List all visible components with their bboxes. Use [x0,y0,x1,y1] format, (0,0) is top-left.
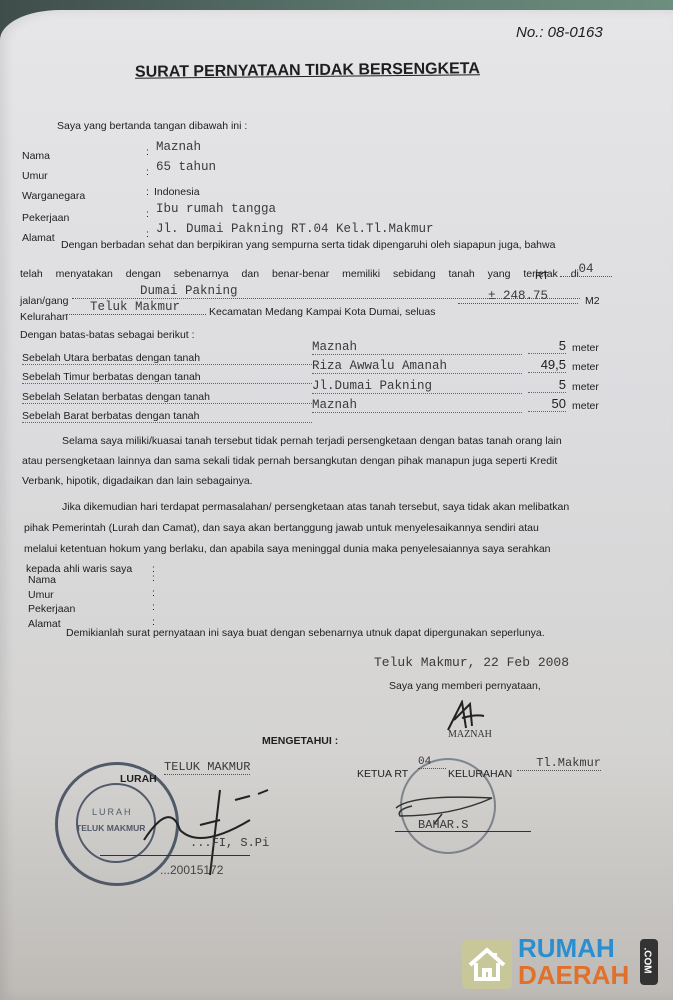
para2-line2: atau persengketaan lainnya dan sama seka… [22,455,557,467]
identity-value: Maznah [156,140,201,154]
closing-text: Demikianlah surat pernyataan ini saya bu… [66,627,545,639]
boundary-label: Sebelah Barat berbatas dengan tanah [22,410,312,423]
rt-section-label: KETUA RT [357,768,408,780]
stamp-center-2: TELUK MAKMUR [76,823,145,833]
heir-field-colon: : [152,601,155,613]
identity-label: Pekerjaan [22,212,69,224]
kelurahan-label: Kelurahan [20,311,68,323]
heir-field-colon: : [152,572,155,584]
heir-field-label: Nama [28,574,56,586]
stamp-center-1: LURAH [92,807,133,817]
area-value: ± 248.75 [458,289,578,304]
kecamatan-text: Kecamatan Medang Kampai Kota Dumai, selu… [209,306,435,318]
watermark-logo[interactable]: RUMAH DAERAH .COM [462,935,662,991]
identity-label: Alamat [22,232,55,244]
identity-label: Nama [22,150,50,162]
rt-label: RT [535,270,549,282]
witness-heading: MENGETAHUI : [262,735,338,747]
rt-section-value: 04 [418,756,446,769]
para2-line1: Selama saya miliki/kuasai tanah tersebut… [62,435,562,447]
document-number: No.: 08-0163 [516,24,603,41]
lurah-area: TELUK MAKMUR [164,760,250,775]
identity-label: Warganegara [22,190,85,202]
boundary-unit: meter [572,342,599,354]
watermark-line1: RUMAH [518,935,615,961]
para2-line3: Verbank, hipotik, digadaikan dan lain se… [22,475,253,487]
boundary-label: Sebelah Timur berbatas dengan tanah [22,371,312,384]
lurah-sign-line [100,855,250,856]
identity-value: 65 tahun [156,160,216,174]
para1-line1: Dengan berbadan sehat dan berpikiran yan… [61,239,555,251]
boundary-owner: Jl.Dumai Pakning [312,379,522,394]
rt-kelurahan-label: KELURAHAN [448,768,512,780]
heir-field-label: Pekerjaan [28,603,75,615]
identity-value: Indonesia [154,186,200,198]
boundary-length: 49,5 [528,357,566,373]
identity-colon: : [146,208,149,220]
document-title: SURAT PERNYATAAN TIDAK BERSENGKETA [135,60,480,82]
rt-sign-line [395,831,531,832]
heir-field-colon: : [152,587,155,599]
rt-name: BAHAR.S [418,818,468,832]
boundary-owner: Maznah [312,398,522,413]
place-date: Teluk Makmur, 22 Feb 2008 [374,655,569,670]
boundaries-intro: Dengan batas-batas sebagai berikut : [20,329,195,341]
heir-field-label: Umur [28,589,54,601]
identity-colon: : [146,166,149,178]
boundary-unit: meter [572,361,599,373]
para3-line2: pihak Pemerintah (Lurah dan Camat), dan … [24,522,539,534]
para3-line3: melalui ketentuan hokum yang berlaku, da… [24,543,551,555]
boundary-label: Sebelah Utara berbatas dengan tanah [22,352,312,365]
house-icon [462,939,512,989]
lurah-nip: ...20015172 [160,863,223,877]
signer-name: MAZNAH [448,729,492,740]
identity-value: Ibu rumah tangga [156,202,276,216]
identity-colon: : [146,146,149,158]
identity-value: Jl. Dumai Pakning RT.04 Kel.Tl.Makmur [156,222,434,236]
watermark-line2: DAERAH [518,962,629,988]
heir-field-label: Alamat [28,618,61,630]
kelurahan-value: Teluk Makmur [66,300,206,315]
boundary-owner: Maznah [312,340,522,355]
boundary-length: 5 [528,338,566,354]
para3-line1: Jika dikemudian hari terdapat permasalah… [62,501,569,513]
para1-line2: telah menyatakan dengan sebenarnya dan b… [20,268,579,280]
signer-caption: Saya yang memberi pernyataan, [389,680,541,692]
boundary-label: Sebelah Selatan berbatas dengan tanah [22,391,312,404]
intro-text: Saya yang bertanda tangan dibawah ini : [57,120,247,132]
jalan-label: jalan/gang [20,295,68,307]
watermark-tld: .COM [642,947,653,973]
lurah-name: ...FI, S.Pi [190,836,269,850]
rt-value: 04 [560,262,612,277]
boundary-length: 50 [528,396,566,412]
boundary-owner: Riza Awwalu Amanah [312,359,522,374]
boundary-unit: meter [572,400,599,412]
rt-kelurahan-value: Tl.Makmur [517,756,601,771]
watermark-tld-badge: .COM [640,939,658,985]
identity-label: Umur [22,170,48,182]
boundary-length: 5 [528,377,566,393]
identity-colon: : [146,186,149,198]
boundary-unit: meter [572,381,599,393]
area-unit: M2 [585,295,600,307]
